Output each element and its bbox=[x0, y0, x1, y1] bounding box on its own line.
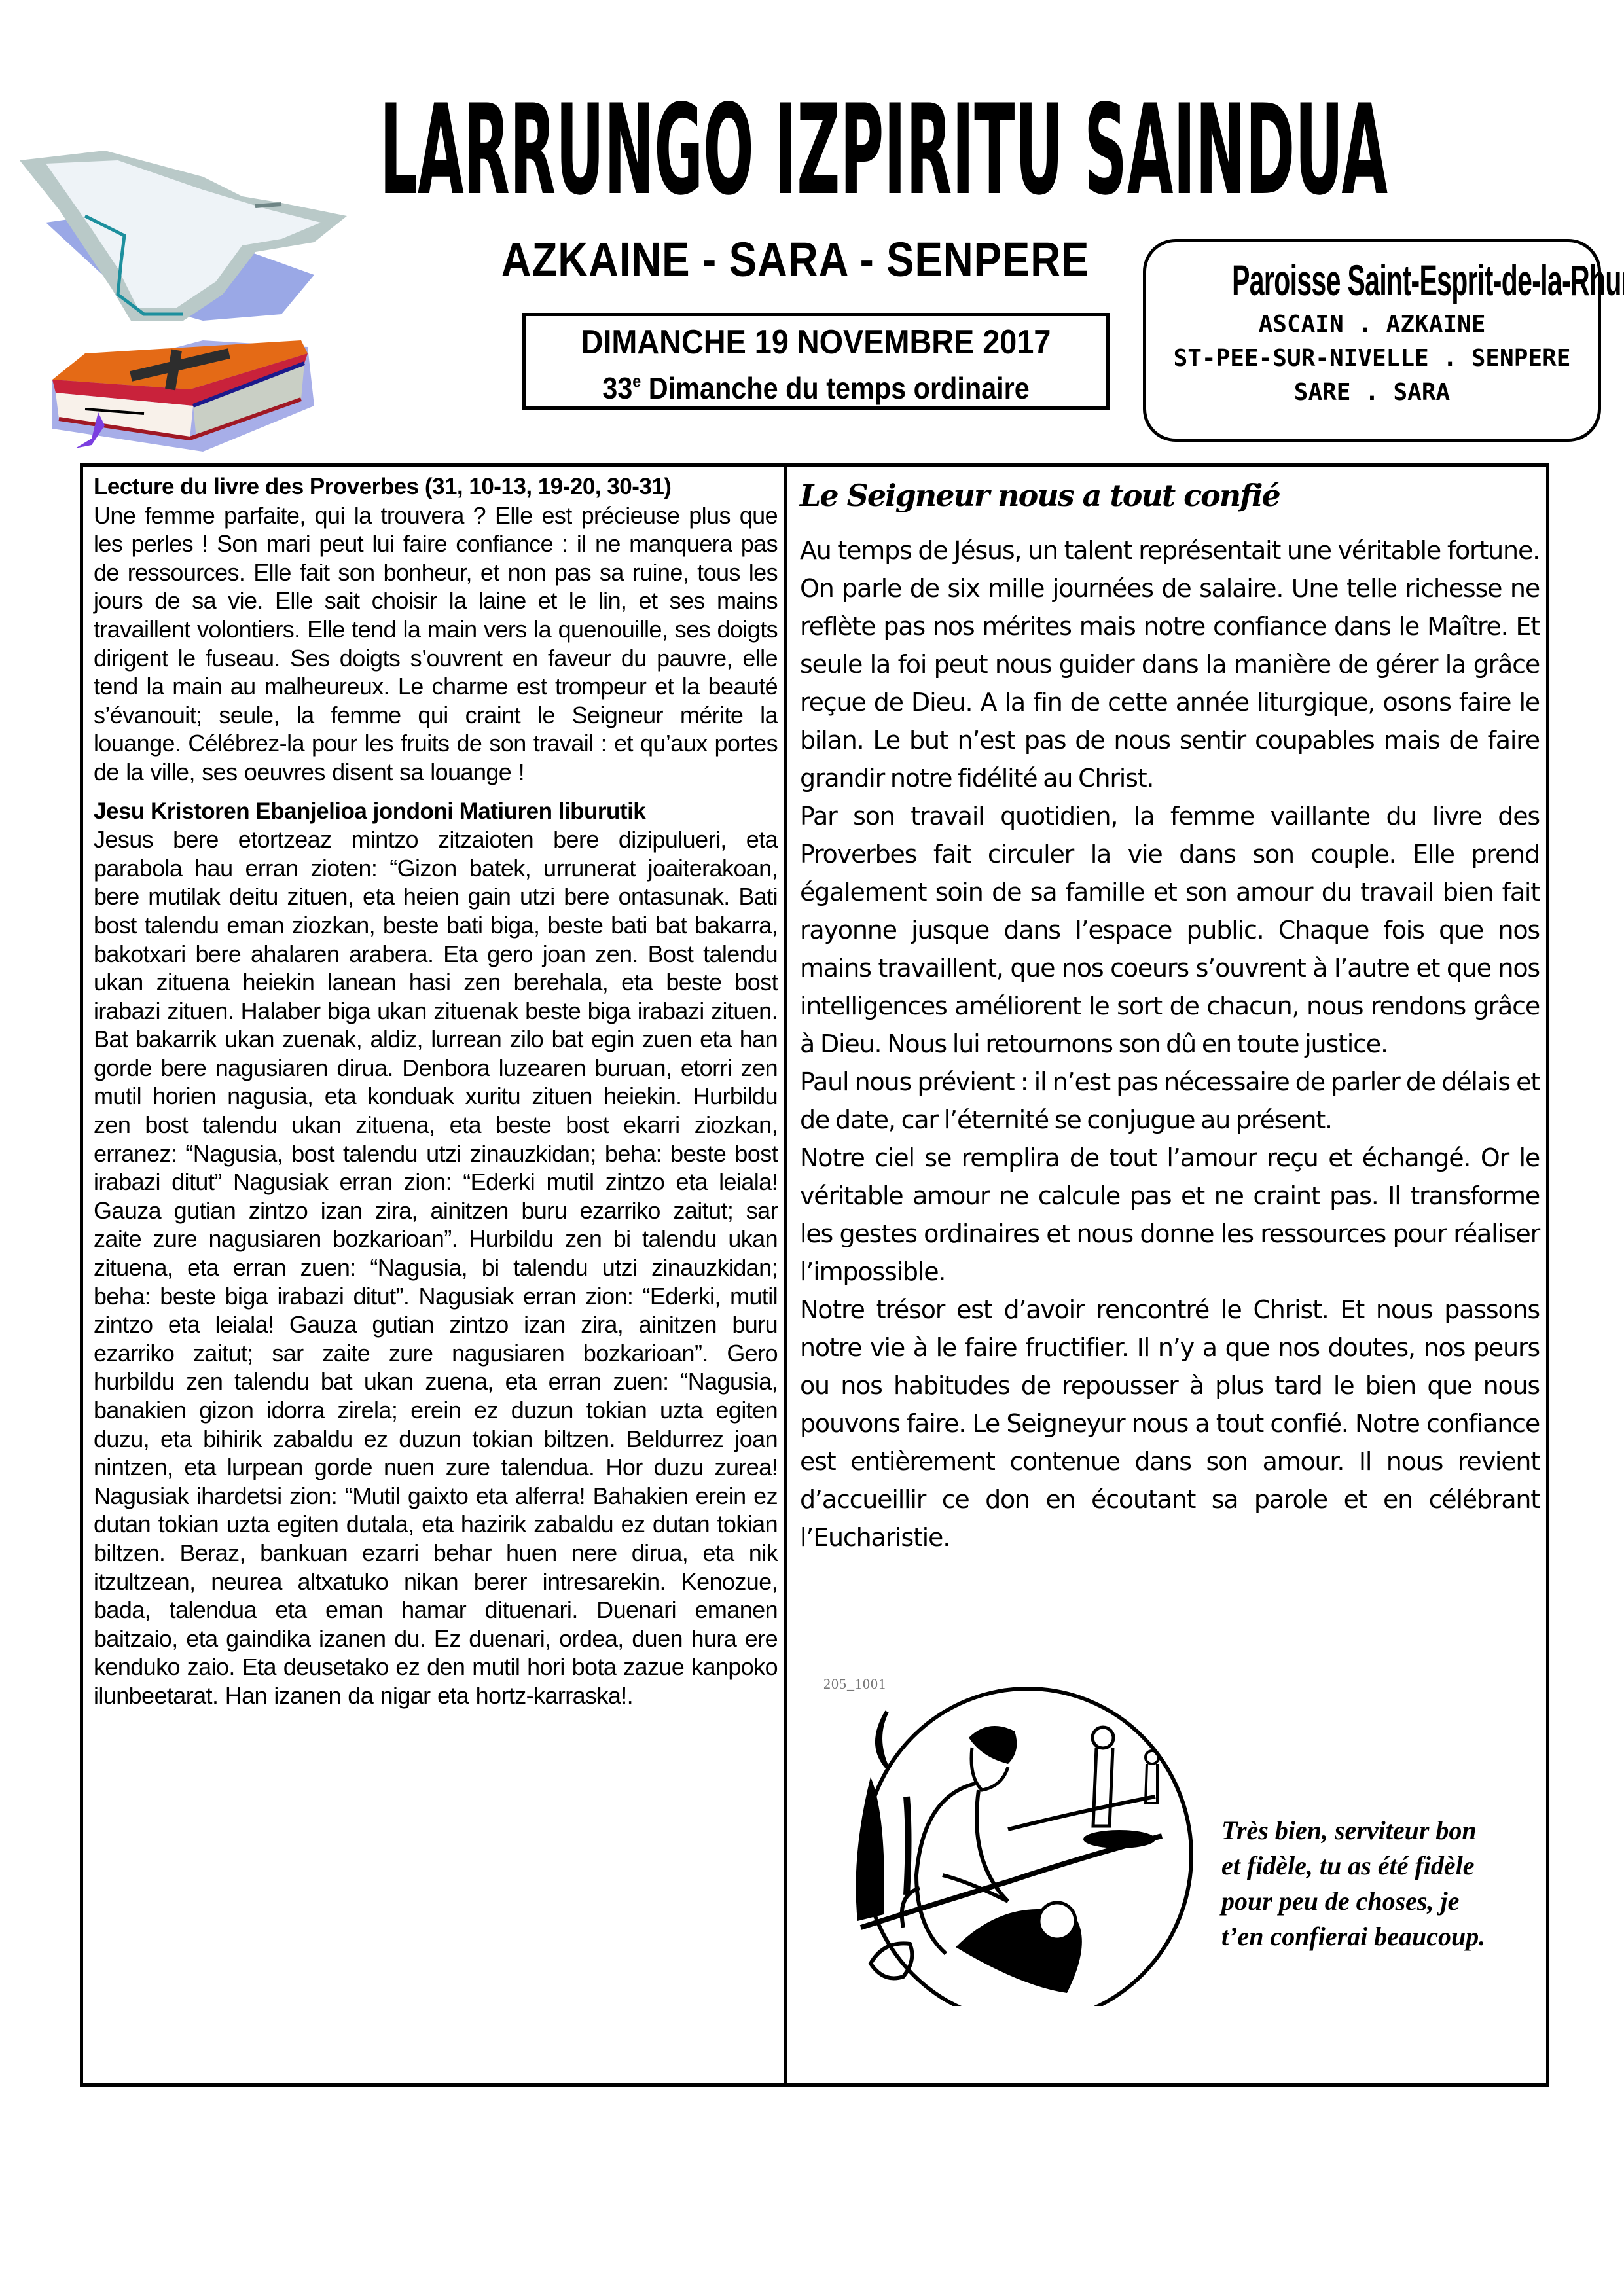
parish-town-line: SARE . SARA bbox=[1146, 376, 1598, 410]
date-box: DIMANCHE 19 NOVEMBRE 2017 33e Dimanche d… bbox=[522, 313, 1110, 410]
sunday-label: Dimanche du temps ordinaire bbox=[641, 371, 1030, 405]
first-reading-text: Une femme parfaite, qui la trouvera ? El… bbox=[94, 501, 778, 787]
sunday-date: DIMANCHE 19 NOVEMBRE 2017 bbox=[554, 323, 1077, 362]
sunday-number: 33 bbox=[602, 371, 632, 405]
caption-line: et fidèle, tu as été fidèle bbox=[1221, 1848, 1549, 1884]
sunday-ordinal-suffix: e bbox=[632, 371, 641, 391]
banner-title: LARRUNGO IZPIRITU SAINDUA bbox=[370, 62, 1398, 226]
gospel-title: Jesu Kristoren Ebanjelioa jondoni Matiur… bbox=[94, 797, 778, 826]
dove-bible-clipart-icon bbox=[7, 131, 360, 458]
homily-title: Le Seigneur nous a tout confié bbox=[800, 473, 1540, 518]
homily-paragraph: Notre ciel se remplira de tout l’amour r… bbox=[800, 1139, 1540, 1291]
parish-town-line: ST-PEE-SUR-NIVELLE . SENPERE bbox=[1146, 342, 1598, 376]
towns-heading: AZKAINE - SARA - SENPERE bbox=[500, 236, 1091, 284]
caption-line: pour peu de choses, je bbox=[1221, 1884, 1549, 1919]
banner-title-text: LARRUNGO IZPIRITU SAINDUA bbox=[380, 78, 1388, 223]
readings-column: Lecture du livre des Proverbes (31, 10-1… bbox=[94, 473, 778, 1710]
illustration-caption: Très bien, serviteur bon et fidèle, tu a… bbox=[1221, 1813, 1549, 1954]
parish-town-line: ASCAIN . AZKAINE bbox=[1146, 308, 1598, 342]
parish-box: Paroisse Saint-Esprit-de-la-Rhune ASCAIN… bbox=[1143, 239, 1601, 442]
column-divider bbox=[784, 463, 787, 2087]
parish-name: Paroisse Saint-Esprit-de-la-Rhune bbox=[1232, 253, 1512, 308]
homily-paragraph: Par son travail quotidien, la femme vail… bbox=[800, 797, 1540, 1063]
homily-paragraph: Notre trésor est d’avoir rencontré le Ch… bbox=[800, 1291, 1540, 1556]
kneeling-helper-illustration-icon bbox=[812, 1666, 1218, 2006]
gospel-text: Jesus bere etortzeaz mintzo zitzaioten b… bbox=[94, 825, 778, 1710]
first-reading-title: Lecture du livre des Proverbes (31, 10-1… bbox=[94, 473, 778, 501]
liturgical-sunday: 33e Dimanche du temps ordinaire bbox=[554, 362, 1077, 407]
homily-paragraph: Au temps de Jésus, un talent représentai… bbox=[800, 531, 1540, 797]
homily-column: Le Seigneur nous a tout confié Au temps … bbox=[800, 473, 1540, 1556]
caption-line: Très bien, serviteur bon bbox=[1221, 1813, 1549, 1848]
caption-line: t’en confierai beaucoup. bbox=[1221, 1919, 1549, 1954]
homily-paragraph: Paul nous prévient : il n’est pas nécess… bbox=[800, 1063, 1540, 1139]
